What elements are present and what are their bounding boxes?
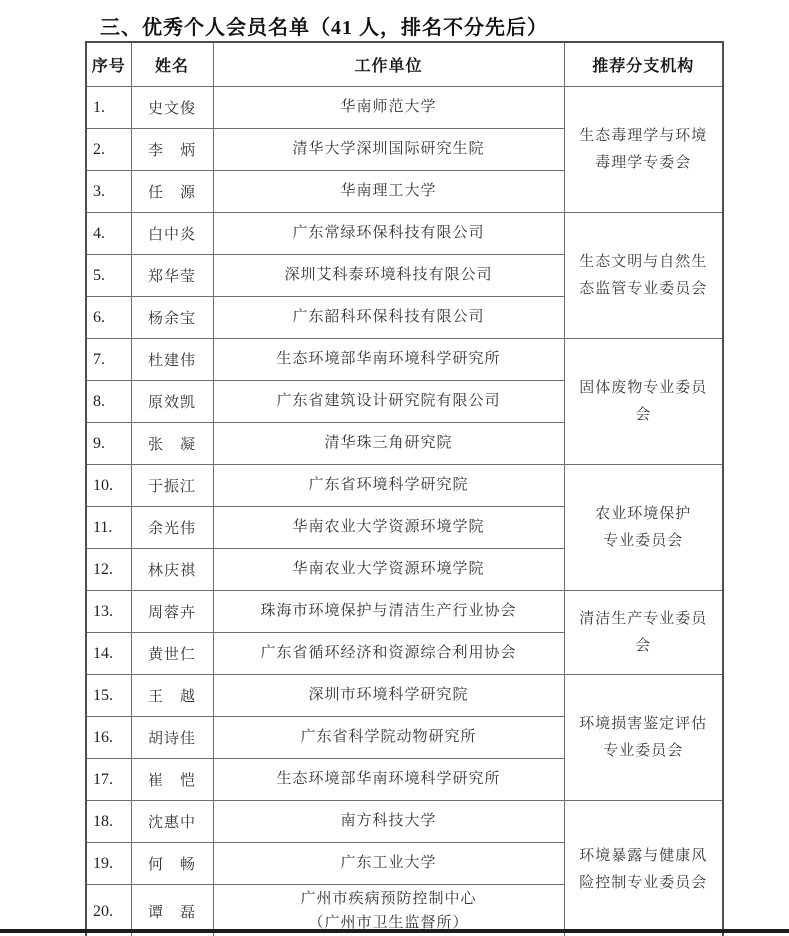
- member-table: 序号 姓名 工作单位 推荐分支机构 1.史文俊华南师范大学生态毒理学与环境 毒理…: [85, 41, 724, 936]
- member-name: 沈惠中: [131, 801, 213, 843]
- work-unit: 广东工业大学: [213, 843, 564, 885]
- member-name: 胡诗佳: [131, 717, 213, 759]
- work-unit: 深圳艾科泰环境科技有限公司: [213, 255, 564, 297]
- member-name: 黄世仁: [131, 633, 213, 675]
- row-number: 11.: [86, 507, 131, 549]
- work-unit: 生态环境部华南环境科学研究所: [213, 759, 564, 801]
- member-name: 余光伟: [131, 507, 213, 549]
- member-name: 白中炎: [131, 213, 213, 255]
- work-unit: 华南农业大学资源环境学院: [213, 549, 564, 591]
- row-number: 14.: [86, 633, 131, 675]
- work-unit: 生态环境部华南环境科学研究所: [213, 339, 564, 381]
- row-number: 7.: [86, 339, 131, 381]
- member-name: 李 炳: [131, 129, 213, 171]
- member-name: 史文俊: [131, 87, 213, 129]
- header-work-unit: 工作单位: [213, 42, 564, 87]
- branch-organization: 农业环境保护 专业委员会: [564, 465, 723, 591]
- row-number: 13.: [86, 591, 131, 633]
- member-name: 张 凝: [131, 423, 213, 465]
- member-name: 何 畅: [131, 843, 213, 885]
- work-unit: 华南师范大学: [213, 87, 564, 129]
- work-unit: 广东省科学院动物研究所: [213, 717, 564, 759]
- branch-organization: 环境暴露与健康风 险控制专业委员会: [564, 801, 723, 936]
- row-number: 3.: [86, 171, 131, 213]
- header-name: 姓名: [131, 42, 213, 87]
- work-unit: 华南农业大学资源环境学院: [213, 507, 564, 549]
- table-row: 1.史文俊华南师范大学生态毒理学与环境 毒理学专委会: [86, 87, 723, 129]
- header-serial-number: 序号: [86, 42, 131, 87]
- work-unit: 珠海市环境保护与清洁生产行业协会: [213, 591, 564, 633]
- member-table-header: 序号 姓名 工作单位 推荐分支机构: [86, 42, 723, 87]
- row-number: 8.: [86, 381, 131, 423]
- work-unit: 南方科技大学: [213, 801, 564, 843]
- member-name: 杨余宝: [131, 297, 213, 339]
- work-unit: 华南理工大学: [213, 171, 564, 213]
- branch-organization: 生态毒理学与环境 毒理学专委会: [564, 87, 723, 213]
- row-number: 5.: [86, 255, 131, 297]
- work-unit: 广东省建筑设计研究院有限公司: [213, 381, 564, 423]
- work-unit: 清华大学深圳国际研究生院: [213, 129, 564, 171]
- document-page: { "page": { "title": "三、优秀个人会员名单（41 人，排名…: [0, 0, 789, 936]
- work-unit: 广东省环境科学研究院: [213, 465, 564, 507]
- branch-organization: 固体废物专业委员 会: [564, 339, 723, 465]
- table-row: 15.王 越深圳市环境科学研究院环境损害鉴定评估 专业委员会: [86, 675, 723, 717]
- row-number: 15.: [86, 675, 131, 717]
- row-number: 2.: [86, 129, 131, 171]
- table-row: 4.白中炎广东常绿环保科技有限公司生态文明与自然生 态监管专业委员会: [86, 213, 723, 255]
- page-title: 三、优秀个人会员名单（41 人，排名不分先后）: [100, 11, 548, 40]
- branch-organization: 环境损害鉴定评估 专业委员会: [564, 675, 723, 801]
- member-name: 郑华莹: [131, 255, 213, 297]
- header-row: 序号 姓名 工作单位 推荐分支机构: [86, 42, 723, 87]
- table-row: 13.周蓉卉珠海市环境保护与清洁生产行业协会清洁生产专业委员 会: [86, 591, 723, 633]
- member-name: 崔 恺: [131, 759, 213, 801]
- row-number: 6.: [86, 297, 131, 339]
- row-number: 18.: [86, 801, 131, 843]
- member-name: 任 源: [131, 171, 213, 213]
- row-number: 17.: [86, 759, 131, 801]
- branch-organization: 清洁生产专业委员 会: [564, 591, 723, 675]
- member-name: 原效凯: [131, 381, 213, 423]
- work-unit: 深圳市环境科学研究院: [213, 675, 564, 717]
- member-table-body: 1.史文俊华南师范大学生态毒理学与环境 毒理学专委会2.李 炳清华大学深圳国际研…: [86, 87, 723, 936]
- row-number: 4.: [86, 213, 131, 255]
- row-number: 12.: [86, 549, 131, 591]
- page-edge-divider: [0, 929, 789, 933]
- member-name: 杜建伟: [131, 339, 213, 381]
- work-unit: 广东韶科环保科技有限公司: [213, 297, 564, 339]
- member-name: 王 越: [131, 675, 213, 717]
- member-name: 林庆祺: [131, 549, 213, 591]
- header-branch-organization: 推荐分支机构: [564, 42, 723, 87]
- member-name: 周蓉卉: [131, 591, 213, 633]
- member-name: 于振江: [131, 465, 213, 507]
- table-row: 18.沈惠中南方科技大学环境暴露与健康风 险控制专业委员会: [86, 801, 723, 843]
- work-unit: 清华珠三角研究院: [213, 423, 564, 465]
- table-row: 10.于振江广东省环境科学研究院农业环境保护 专业委员会: [86, 465, 723, 507]
- work-unit: 广东省循环经济和资源综合利用协会: [213, 633, 564, 675]
- work-unit: 广东常绿环保科技有限公司: [213, 213, 564, 255]
- row-number: 16.: [86, 717, 131, 759]
- row-number: 19.: [86, 843, 131, 885]
- branch-organization: 生态文明与自然生 态监管专业委员会: [564, 213, 723, 339]
- row-number: 9.: [86, 423, 131, 465]
- row-number: 1.: [86, 87, 131, 129]
- row-number: 10.: [86, 465, 131, 507]
- table-row: 7.杜建伟生态环境部华南环境科学研究所固体废物专业委员 会: [86, 339, 723, 381]
